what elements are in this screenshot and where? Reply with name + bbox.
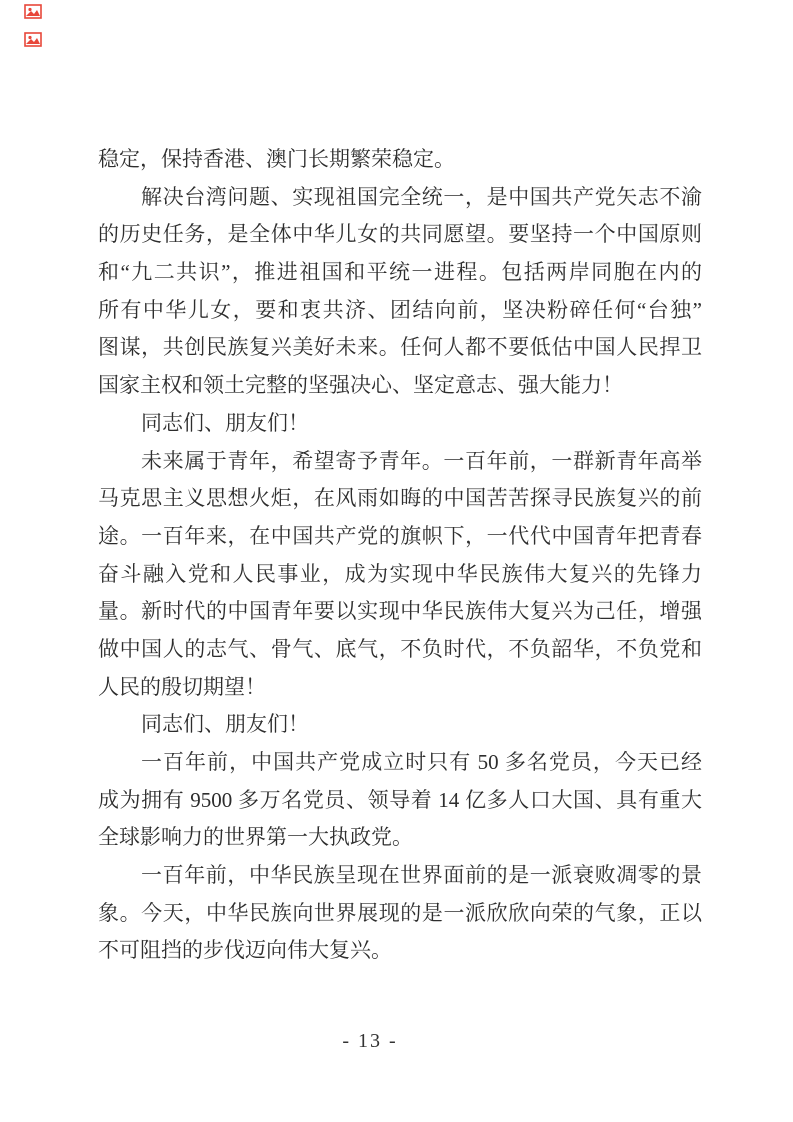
- page-number: - 13 -: [0, 1030, 740, 1053]
- text-line: 马克思主义思想火炬，在风雨如晦的中国苦苦探寻民族复兴的前: [98, 480, 702, 518]
- document-page: 稳定，保持香港、澳门长期繁荣稳定。 解决台湾问题、实现祖国完全统一，是中国共产党…: [0, 0, 793, 1122]
- text-line: 一百年前，中国共产党成立时只有 50 多名党员，今天已经: [98, 744, 702, 782]
- text-line: 所有中华儿女，要和衷共济、团结向前，坚决粉碎任何“台独”: [98, 292, 702, 330]
- text-line: 不可阻挡的步伐迈向伟大复兴。: [98, 932, 702, 970]
- text-line: 的历史任务，是全体中华儿女的共同愿望。要坚持一个中国原则: [98, 216, 702, 254]
- text-line: 解决台湾问题、实现祖国完全统一，是中国共产党矢志不渝: [98, 179, 702, 217]
- text-line: 象。今天，中华民族向世界展现的是一派欣欣向荣的气象，正以: [98, 895, 702, 933]
- broken-image-icon: [24, 32, 42, 47]
- text-line: 一百年前，中华民族呈现在世界面前的是一派衰败凋零的景: [98, 857, 702, 895]
- corner-marks: [24, 4, 46, 60]
- text-line: 途。一百年来，在中国共产党的旗帜下，一代代中国青年把青春: [98, 518, 702, 556]
- text-line: 同志们、朋友们！: [98, 706, 702, 744]
- text-line: 人民的殷切期望！: [98, 669, 702, 707]
- text-line: 和“九二共识”，推进祖国和平统一进程。包括两岸同胞在内的: [98, 254, 702, 292]
- text-line: 成为拥有 9500 多万名党员、领导着 14 亿多人口大国、具有重大: [98, 782, 702, 820]
- text-line: 稳定，保持香港、澳门长期繁荣稳定。: [98, 141, 702, 179]
- text-line: 量。新时代的中国青年要以实现中华民族伟大复兴为己任，增强: [98, 593, 702, 631]
- text-line: 未来属于青年，希望寄予青年。一百年前，一群新青年高举: [98, 443, 702, 481]
- document-body: 稳定，保持香港、澳门长期繁荣稳定。 解决台湾问题、实现祖国完全统一，是中国共产党…: [98, 141, 702, 970]
- text-line: 同志们、朋友们！: [98, 405, 702, 443]
- text-line: 全球影响力的世界第一大执政党。: [98, 819, 702, 857]
- text-line: 国家主权和领土完整的坚强决心、坚定意志、强大能力！: [98, 367, 702, 405]
- text-line: 图谋，共创民族复兴美好未来。任何人都不要低估中国人民捍卫: [98, 329, 702, 367]
- text-line: 奋斗融入党和人民事业，成为实现中华民族伟大复兴的先锋力: [98, 556, 702, 594]
- broken-image-icon: [24, 4, 42, 19]
- text-line: 做中国人的志气、骨气、底气，不负时代，不负韶华，不负党和: [98, 631, 702, 669]
